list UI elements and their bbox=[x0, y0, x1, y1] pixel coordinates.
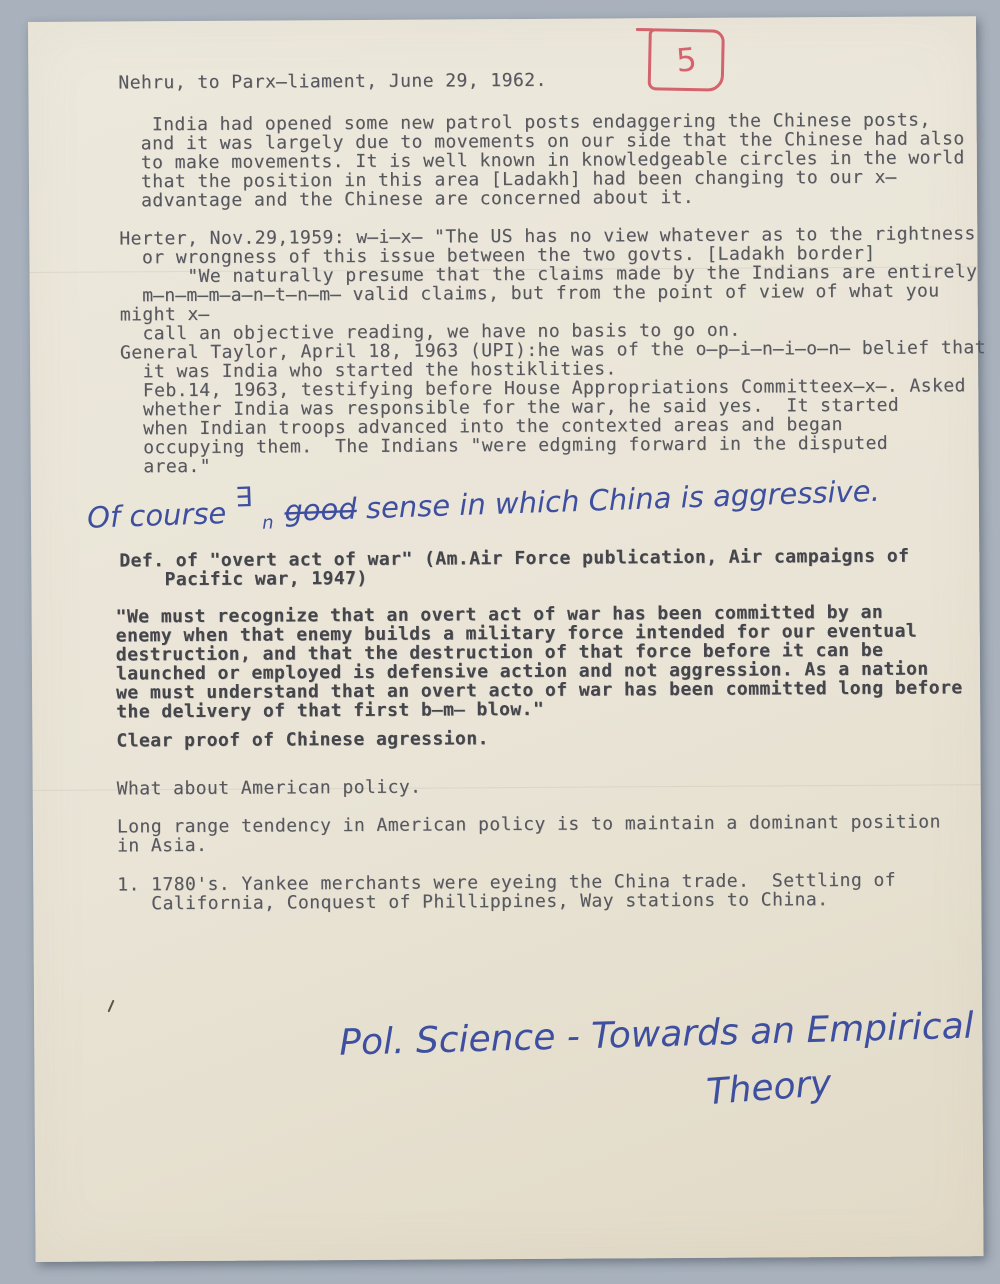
handwriting-caret-mark: n bbox=[262, 512, 274, 533]
document-page: 5 Nehru, to Parx̶liament, June 29, 1962.… bbox=[28, 16, 984, 1262]
typed-line-clear-proof: Clear proof of Chinese agression. bbox=[116, 726, 996, 750]
handwritten-annotation-theory: Theory bbox=[705, 1063, 833, 1113]
typed-paragraph-herter: Herter, Nov.29,1959: w̶i̶x̶ "The US has … bbox=[119, 224, 1000, 343]
handwriting-prefix: Of course bbox=[87, 496, 227, 535]
folio-box-stroke bbox=[636, 28, 654, 31]
typed-paragraph-item1-yankee: 1. 1780's. Yankee merchants were eyeing … bbox=[117, 870, 997, 913]
typed-paragraph-overt-act-quote: "We must recognize that an overt act of … bbox=[116, 602, 997, 721]
pencil-tick-mark bbox=[107, 1000, 114, 1013]
handwritten-annotation-china-aggressive: Of course ∃ n g̶o̶o̶d̶ sense in which Ch… bbox=[87, 474, 881, 535]
typed-paragraph-taylor: General Taylor, April 18, 1963 (UPI):he … bbox=[120, 338, 1000, 476]
typed-line-what-about: What about American policy. bbox=[117, 774, 997, 798]
typed-paragraph-definition: Def. of "overt act of war" (Am.Air Force… bbox=[119, 546, 999, 589]
handwriting-insert-exists-symbol: ∃ bbox=[234, 482, 252, 514]
handwritten-annotation-pol-science: Pol. Science - Towards an Empirical bbox=[339, 1006, 975, 1064]
scanned-document-screenshot: { "page": { "background_color": "#a8b1bc… bbox=[0, 0, 1000, 1284]
typed-paragraph-nehru-quote: India had opened some new patrol posts e… bbox=[141, 110, 1000, 210]
handwriting-rest: g̶o̶o̶d̶ sense in which China is aggress… bbox=[284, 474, 880, 528]
typed-title-nehru: Nehru, to Parx̶liament, June 29, 1962. bbox=[118, 68, 998, 92]
typed-paragraph-long-range: Long range tendency in American policy i… bbox=[117, 812, 997, 855]
